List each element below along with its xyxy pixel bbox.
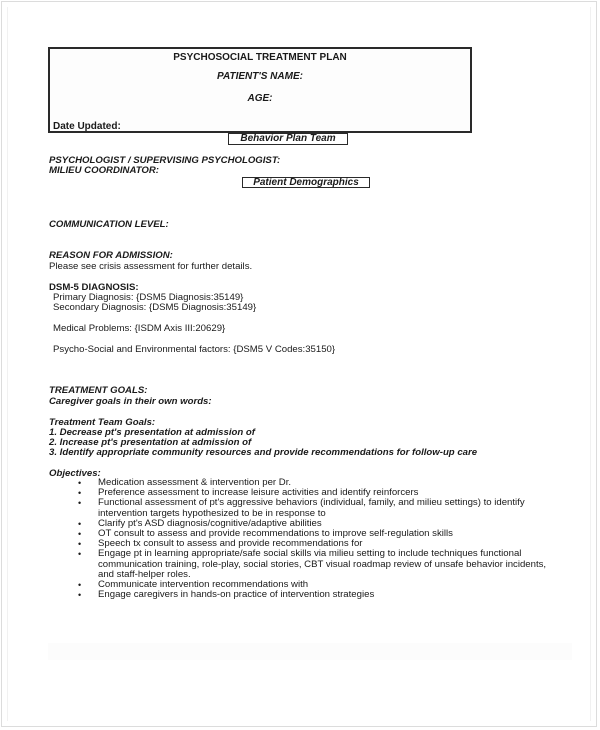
communication-level-label: COMMUNICATION LEVEL: (49, 219, 169, 230)
bullet-icon: • (78, 590, 81, 600)
milieu-coordinator-label: MILIEU COORDINATOR: (49, 165, 159, 176)
bullet-icon: • (78, 478, 81, 488)
bullet-icon: • (78, 488, 81, 498)
bullet-icon: • (78, 549, 81, 559)
caregiver-goals-label: Caregiver goals in their own words: (49, 396, 212, 407)
age-label: AGE: (50, 93, 470, 104)
bullet-icon: • (78, 529, 81, 539)
patient-name-label: PATIENT'S NAME: (50, 71, 470, 82)
date-updated-label: Date Updated: (53, 121, 121, 132)
footer-band (48, 643, 572, 660)
admission-text: Please see crisis assessment for further… (49, 261, 252, 272)
treatment-goals-heading: TREATMENT GOALS: (49, 385, 147, 396)
bullet-icon: • (78, 539, 81, 549)
document-title: PSYCHOSOCIAL TREATMENT PLAN (50, 52, 470, 63)
header-box: PSYCHOSOCIAL TREATMENT PLAN PATIENT'S NA… (48, 47, 472, 133)
bullet-icon: • (78, 519, 81, 529)
secondary-diagnosis: Secondary Diagnosis: {DSM5 Diagnosis:351… (53, 302, 256, 313)
medical-problems: Medical Problems: {ISDM Axis III:20629} (53, 323, 225, 334)
bullet-icon: • (78, 498, 81, 508)
team-goal-item: 3. Identify appropriate community resour… (49, 447, 477, 458)
bullet-icon: • (78, 580, 81, 590)
admission-heading: REASON FOR ADMISSION: (49, 250, 173, 261)
behavior-plan-team-label: Behavior Plan Team (228, 133, 348, 145)
objective-item: •Functional assessment of pt's aggressiv… (78, 498, 558, 518)
objective-item: •Engage pt in learning appropriate/safe … (78, 549, 558, 580)
objectives-list: •Medication assessment & intervention pe… (78, 478, 558, 600)
psychosocial-factors: Psycho-Social and Environmental factors:… (53, 344, 335, 355)
objective-item: •Engage caregivers in hands-on practice … (78, 590, 558, 600)
patient-demographics-label: Patient Demographics (242, 177, 370, 188)
